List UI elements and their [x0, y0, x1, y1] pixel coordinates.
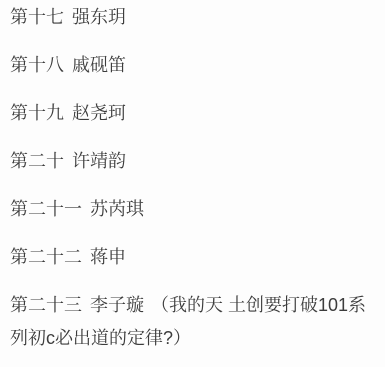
entry-rank: 第二十二	[10, 247, 82, 267]
list-item: 第二十二蒋申	[10, 241, 378, 274]
list-item: 第二十许靖韵	[10, 145, 378, 178]
entry-rank: 第十八	[10, 55, 64, 75]
list-item: 第十八戚砚笛	[10, 49, 378, 82]
list-item: 第十七强东玥	[10, 1, 378, 34]
entry-rank: 第十九	[10, 103, 64, 123]
ranking-list: 第十七强东玥 第十八戚砚笛 第十九赵尧珂 第二十许靖韵 第二十一苏芮琪 第二十二…	[0, 0, 385, 367]
entry-rank: 第十七	[10, 7, 64, 27]
entry-rank: 第二十	[10, 151, 64, 171]
entry-rank: 第二十三	[10, 295, 82, 315]
entry-name: 许靖韵	[72, 151, 126, 171]
entry-rank: 第二十一	[10, 199, 82, 219]
list-item: 第十九赵尧珂	[10, 97, 378, 130]
entry-name: 李子璇	[90, 295, 144, 315]
entry-name: 戚砚笛	[72, 55, 126, 75]
entry-name: 赵尧珂	[72, 103, 126, 123]
list-item: 第二十三李子璇（我的天 土创要打破101系列初c必出道的定律?）	[10, 289, 378, 355]
entry-name: 苏芮琪	[90, 199, 144, 219]
list-item: 第二十一苏芮琪	[10, 193, 378, 226]
entry-name: 强东玥	[72, 7, 126, 27]
entry-name: 蒋申	[90, 247, 126, 267]
